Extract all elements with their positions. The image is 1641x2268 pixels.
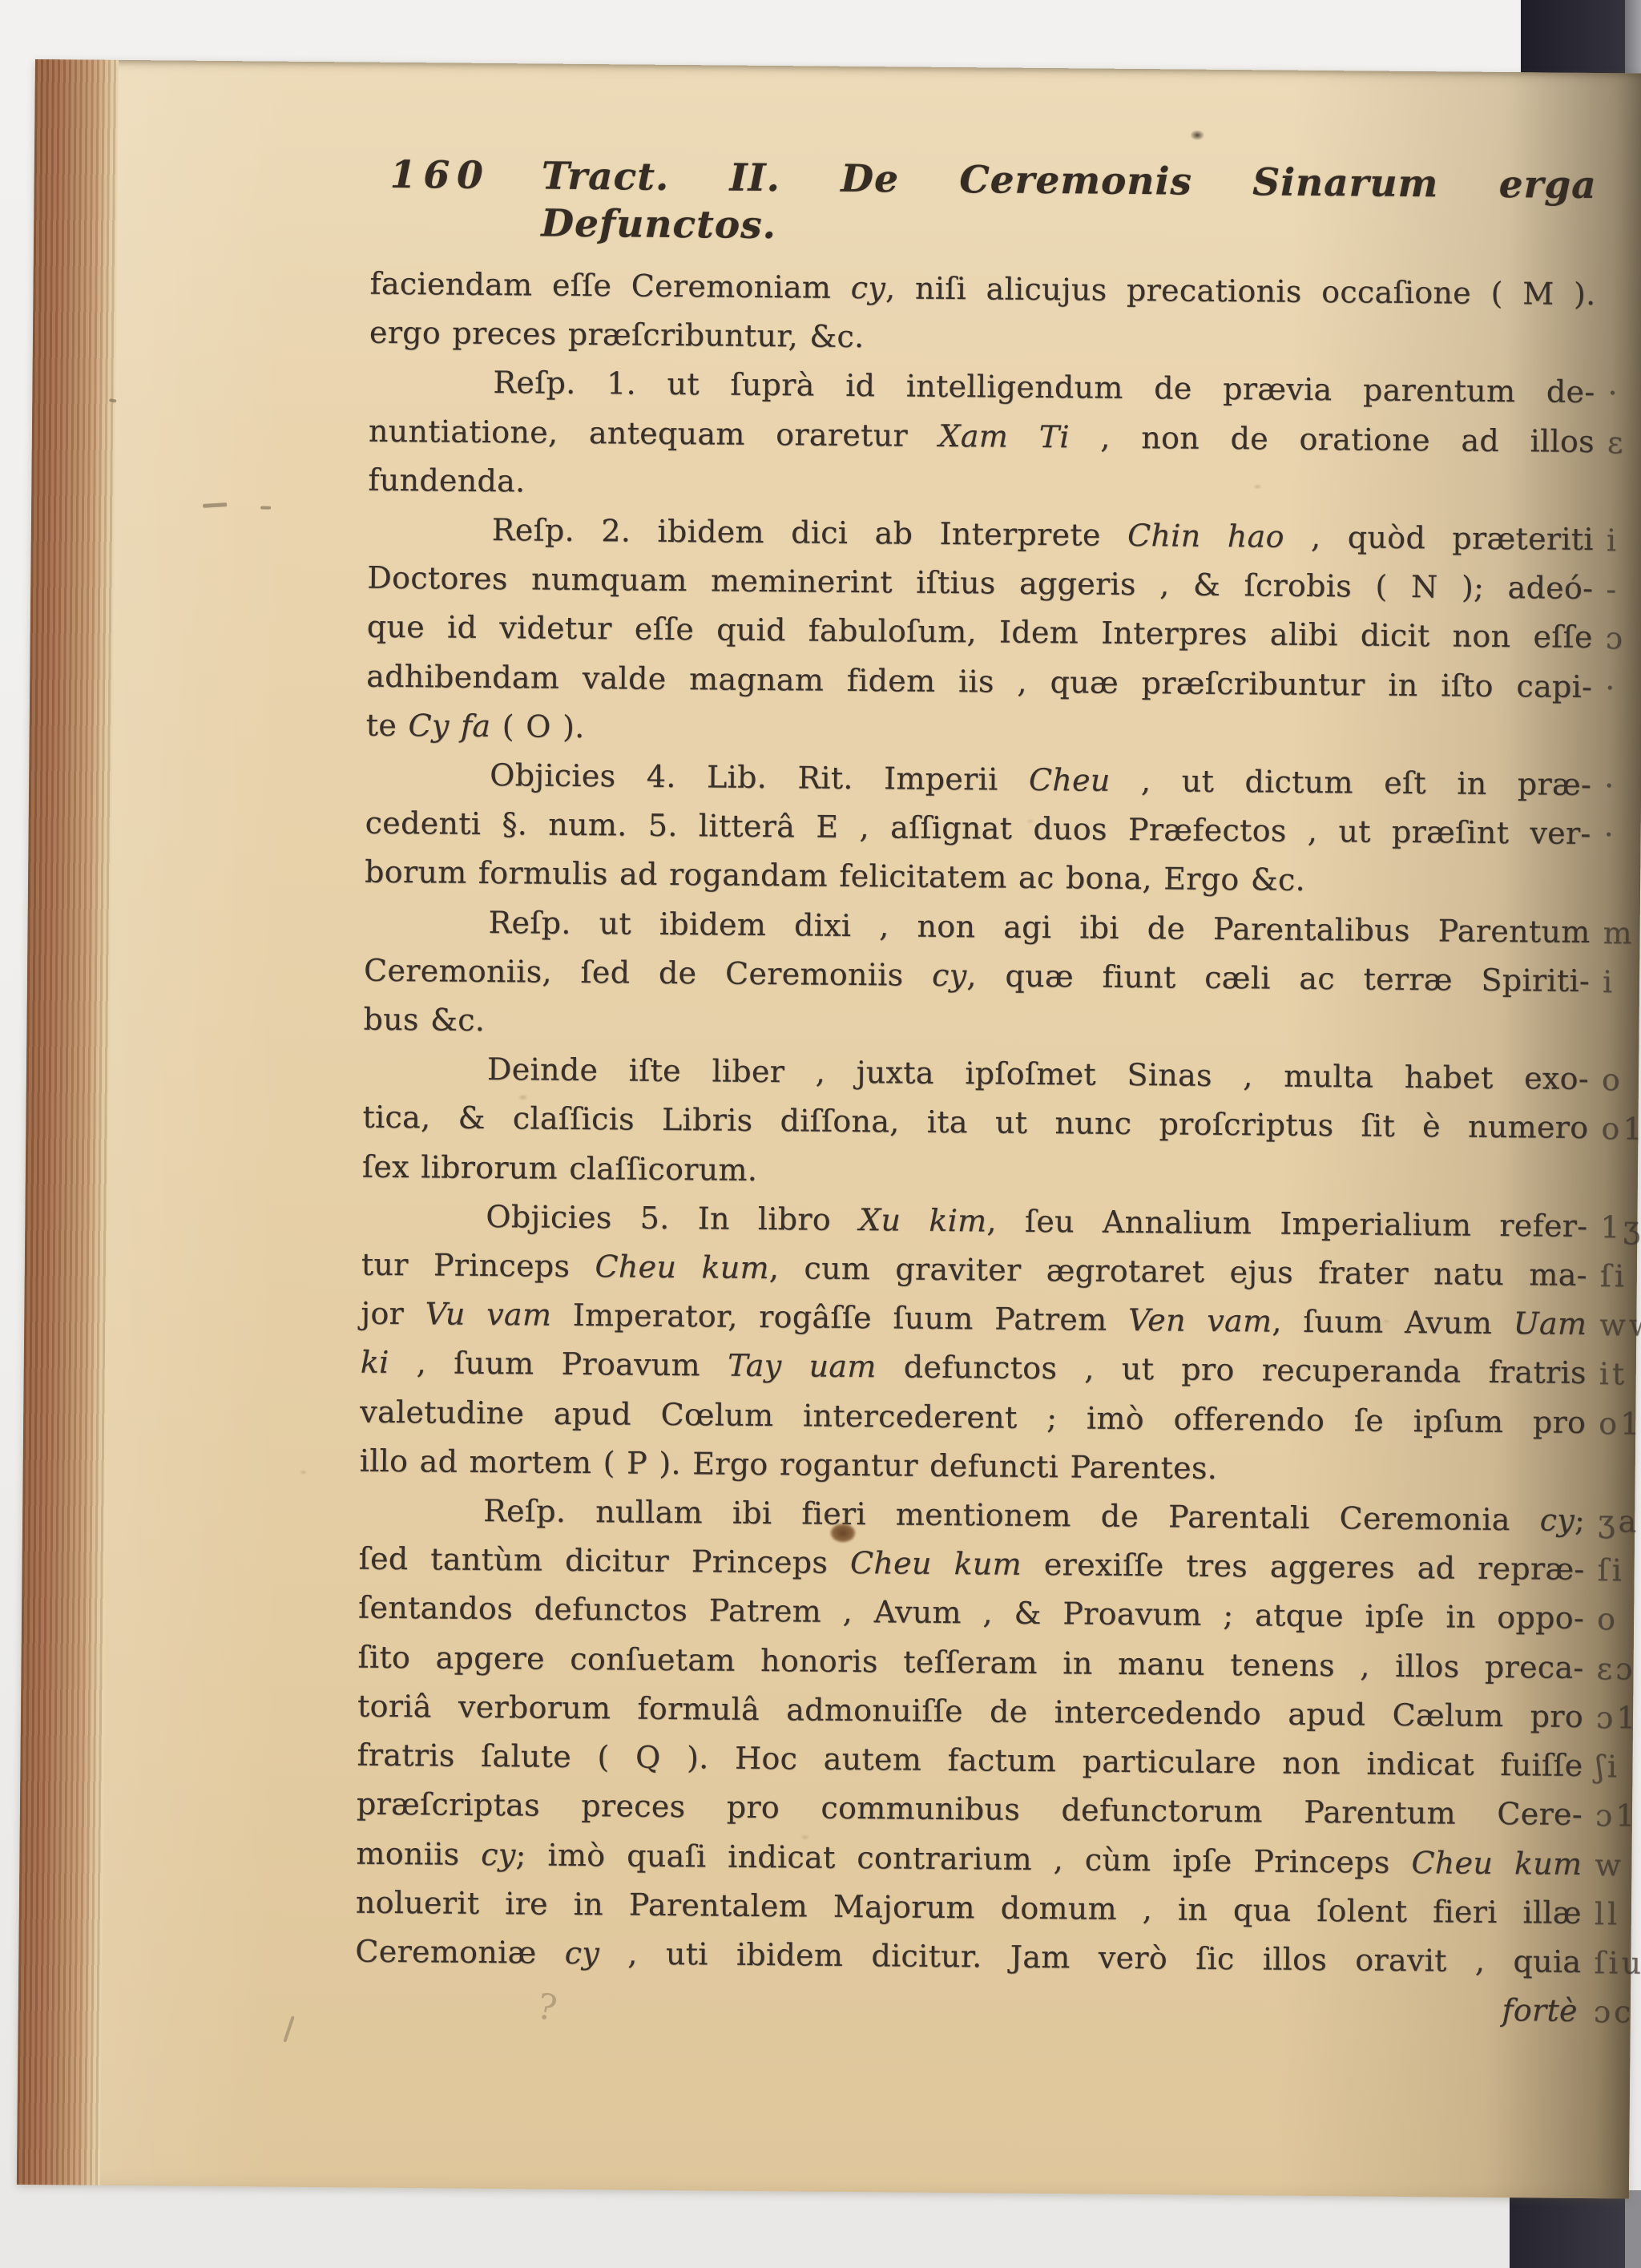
page-bleed-fragment: · [1607, 369, 1621, 418]
running-header: 160 Tract. II. De Ceremonis Sinarum erga… [389, 152, 1597, 257]
page-bleed-fragment: ɔ [1605, 615, 1626, 664]
page-bleed-fragment: · [1603, 810, 1617, 859]
pencil-mark [283, 2016, 295, 2043]
text-body: faciendam eſſe Ceremoniam cy, niſi alicu… [355, 260, 1596, 2036]
scan-background: 160 Tract. II. De Ceremonis Sinarum erga… [0, 0, 1641, 2268]
page-bleed-fragment: ɛɔ [1596, 1645, 1636, 1694]
page-bleed-fragment: ſi [1597, 1546, 1625, 1595]
page-bleed-fragment: ſiu [1594, 1939, 1641, 1988]
ink-blot [830, 1523, 856, 1543]
page-bleed-fragment: o1 [1601, 1105, 1641, 1155]
page-bleed-fragment: m [1603, 909, 1635, 958]
page-bleed-fragment: w [1595, 1841, 1624, 1891]
page-bleed-fragment: ɔ1 [1596, 1693, 1639, 1743]
scan-edge-strip-bottom [1625, 2190, 1641, 2268]
page-bleed-fragment: i [1603, 958, 1616, 1007]
page-bleed-fragment: · [1604, 761, 1618, 810]
page-bleed-fragment: ww [1599, 1301, 1641, 1350]
page-bleed-fragment: o [1602, 1055, 1623, 1104]
pencil-mark [203, 502, 227, 508]
pencil-mark [260, 506, 271, 509]
page-bleed-fragment: o1 [1599, 1399, 1641, 1449]
scanner-dark-corner-top-right [1521, 0, 1627, 78]
page-bleed-fragment: ʃi [1595, 1742, 1620, 1791]
page-bleed-fragment: ll [1595, 1890, 1621, 1939]
page-fore-edge [17, 59, 119, 2185]
page-bleed-fragment: 1ʒ [1600, 1203, 1641, 1253]
page-bleed-fragment: ɔ1 [1595, 1791, 1639, 1841]
page-bleed-fragment: o [1597, 1596, 1619, 1645]
page-bleed-fragment: ɛ [1607, 418, 1627, 467]
page-bleed-fragment: · [1605, 664, 1619, 712]
running-title: Tract. II. De Ceremonis Sinarum erga Def… [541, 154, 1597, 257]
page-bleed-fragment: - [1606, 565, 1619, 614]
book-page: 160 Tract. II. De Ceremonis Sinarum erga… [17, 59, 1641, 2198]
page-bleed-fragment: ɔc [1594, 1988, 1635, 2037]
page-bleed-fragment: ſi [1600, 1252, 1628, 1301]
page-bleed-fragment: ʒa [1598, 1497, 1640, 1547]
page-bleed-fragment: it [1599, 1350, 1627, 1400]
page-bleed-fragment: i [1607, 516, 1620, 565]
page-number: 160 [389, 152, 490, 200]
scanner-dark-corner-bottom-right [1510, 2190, 1627, 2268]
scan-edge-strip-top [1625, 0, 1641, 78]
